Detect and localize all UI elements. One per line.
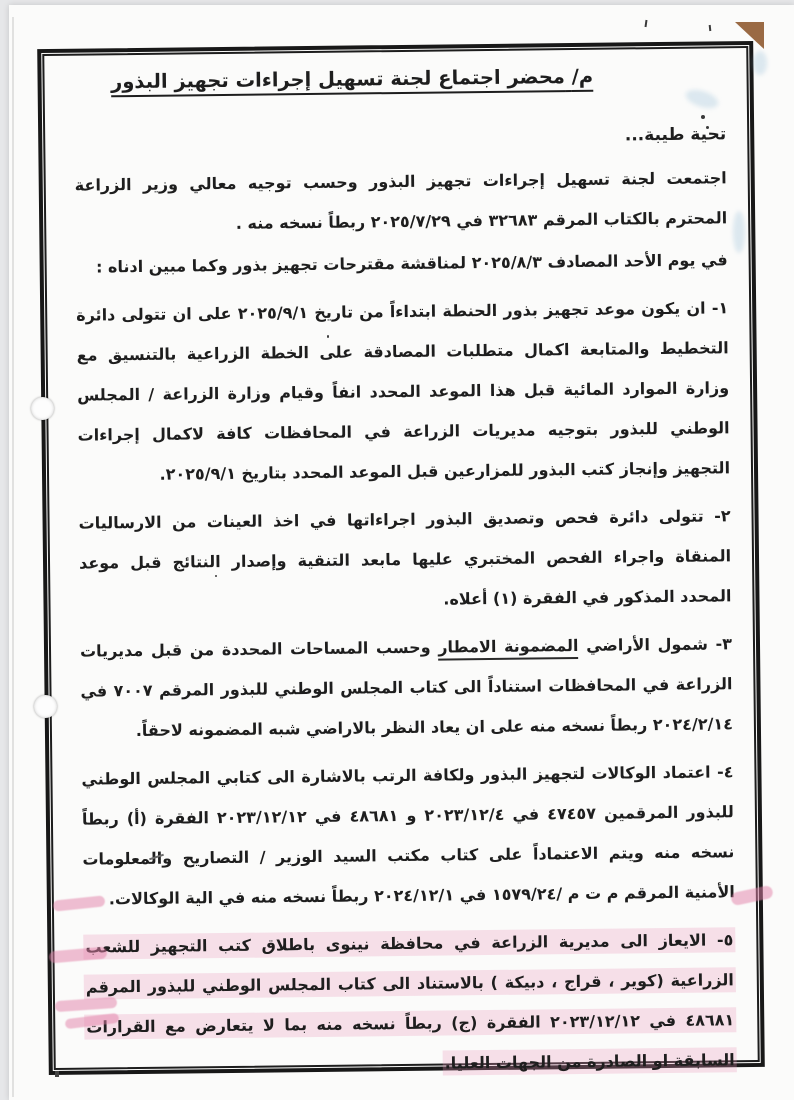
title-main: محضر اجتماع لجنة تسهيل إجراءات تجهيز الب…: [111, 65, 565, 93]
item-1-text: ١- ان يكون موعد تجهيز بذور الحنطة ابتداء…: [76, 298, 730, 483]
ink-smudge: [733, 211, 745, 253]
greeting-line: تحية طيبة...: [74, 124, 726, 151]
document-title: م/ محضر اجتماع لجنة تسهيل إجراءات تجهيز …: [73, 64, 630, 93]
item-5-highlighted: ٥- الايعاز الى مديرية الزراعة في محافظة …: [83, 920, 737, 1087]
item-1: ١- ان يكون موعد تجهيز بذور الحنطة ابتداء…: [76, 288, 730, 495]
item-4: ٤- اعتماد الوكالات لتجهيز البذور ولكافة …: [81, 752, 735, 919]
meeting-date-text: في يوم الأحد المصادف ٢٠٢٥/٨/٣ لمناقشة مق…: [96, 250, 728, 276]
scan-speck: [215, 575, 217, 577]
corner-fold-mark: [735, 22, 764, 49]
meeting-date-line: في يوم الأحد المصادف ٢٠٢٥/٨/٣ لمناقشة مق…: [75, 240, 727, 287]
scan-speck: [327, 335, 329, 338]
document-border-frame: م/ محضر اجتماع لجنة تسهيل إجراءات تجهيز …: [37, 41, 765, 1075]
scan-speck: [709, 25, 712, 31]
title-prefix: م/: [572, 65, 594, 88]
scan-speck: [645, 20, 648, 27]
item-5-text: ٥- الايعاز الى مديرية الزراعة في محافظة …: [83, 927, 737, 1075]
item-2: ٢- تتولى دائرة فحص وتصديق البذور اجراءات…: [78, 496, 731, 623]
item-3-underlined-phrase: المضمونة الامطار: [438, 636, 578, 661]
intro-paragraph: اجتمعت لجنة تسهيل إجراءات تجهيز البذور و…: [75, 158, 728, 245]
punch-hole: [31, 397, 54, 420]
document-content: م/ محضر اجتماع لجنة تسهيل إجراءات تجهيز …: [73, 51, 736, 1062]
document-title-text: م/ محضر اجتماع لجنة تسهيل إجراءات تجهيز …: [111, 65, 593, 93]
scan-speck: [55, 1071, 59, 1077]
ink-smudge: [753, 51, 767, 75]
scanned-page: م/ محضر اجتماع لجنة تسهيل إجراءات تجهيز …: [9, 5, 794, 1100]
item-3: ٣- شمول الأراضي المضمونة الامطار وحسب ال…: [80, 624, 733, 751]
item-4-text: ٤- اعتماد الوكالات لتجهيز البذور ولكافة …: [81, 762, 735, 908]
punch-hole: [34, 695, 57, 718]
scan-speck: [701, 115, 705, 119]
intro-text: اجتمعت لجنة تسهيل إجراءات تجهيز البذور و…: [75, 168, 728, 233]
item-3-text-pre: ٣- شمول الأراضي: [578, 634, 732, 655]
item-2-text: ٢- تتولى دائرة فحص وتصديق البذور اجراءات…: [78, 506, 731, 608]
scan-speck: [706, 126, 709, 129]
scan-edge-shadow: [12, 17, 14, 1097]
